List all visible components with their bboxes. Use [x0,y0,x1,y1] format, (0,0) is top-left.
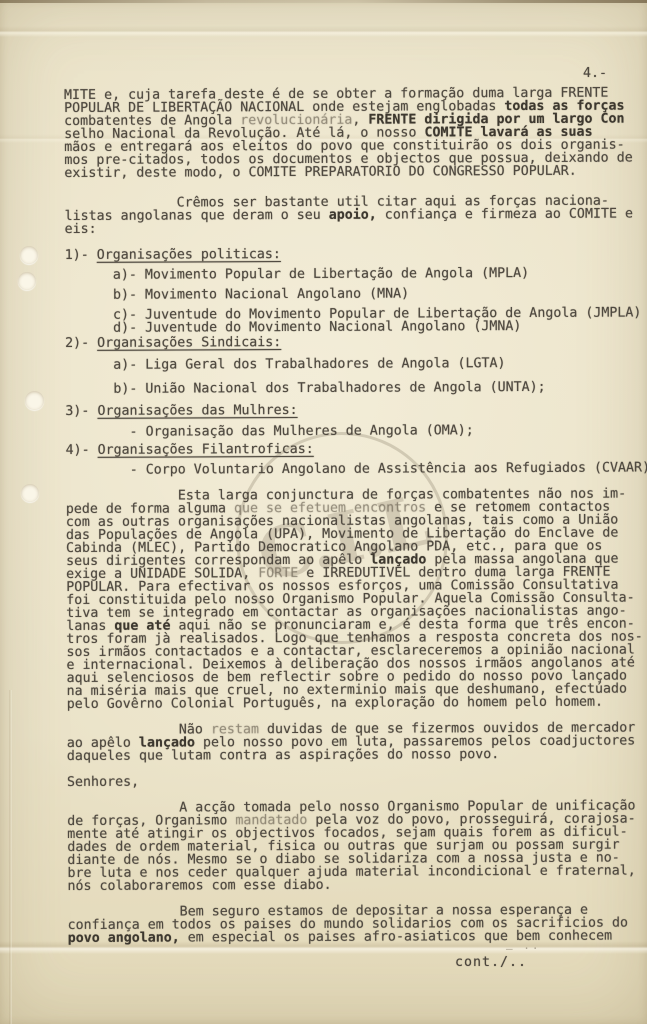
continuation-mark: cont./.. [455,955,527,970]
document-line: existir, deste modo, o COMITE PREPARATOR… [64,164,647,180]
pencil-mark: – ·· [506,942,541,955]
document-line: - Organisação das Mulheres de Angola (OM… [65,423,647,439]
paper-crease [0,26,647,37]
punch-hole [20,246,38,264]
document-line: 2)- Organisações Sindicais: [65,334,647,350]
punch-hole [18,272,36,290]
document-line: - Corpo Voluntario Angolano de Assistênc… [66,461,647,477]
document-line: 3)- Organisações das Mulhres: [65,402,647,418]
document-line: povo angolano, em especial os paises afr… [68,929,647,945]
document-text: MITE e, cuja tarefa deste é de se obter … [64,86,647,945]
document-line: b)- União Nacional dos Trabalhadores de … [65,380,647,396]
document-line: pelo Govêrno Colonial Português, na expl… [67,695,647,711]
document-line: listas angolanas que deram o seu apoio, … [65,207,647,223]
document-page: C.I.L 4.- MITE e, cuja tarefa deste é de… [0,0,647,1024]
punch-hole [21,484,39,502]
punch-hole [25,391,44,410]
scan-edge [0,0,647,3]
document-line: a)- Liga Geral dos Trabalhadores de Ango… [65,356,647,372]
document-line: 1)- Organisações politicas: [65,246,647,262]
document-line: a)- Movimento Popular de Libertação de A… [65,266,647,282]
document-line: d)- Juventude do Movimento Nacional Ango… [65,319,647,335]
page-number: 4.- [583,66,607,81]
document-line: 4)- Organisações Filantroficas: [66,441,647,457]
document-line: b)- Movimento Nacional Angolano (MNA) [65,286,647,302]
paper-crease-vertical [9,690,12,1024]
